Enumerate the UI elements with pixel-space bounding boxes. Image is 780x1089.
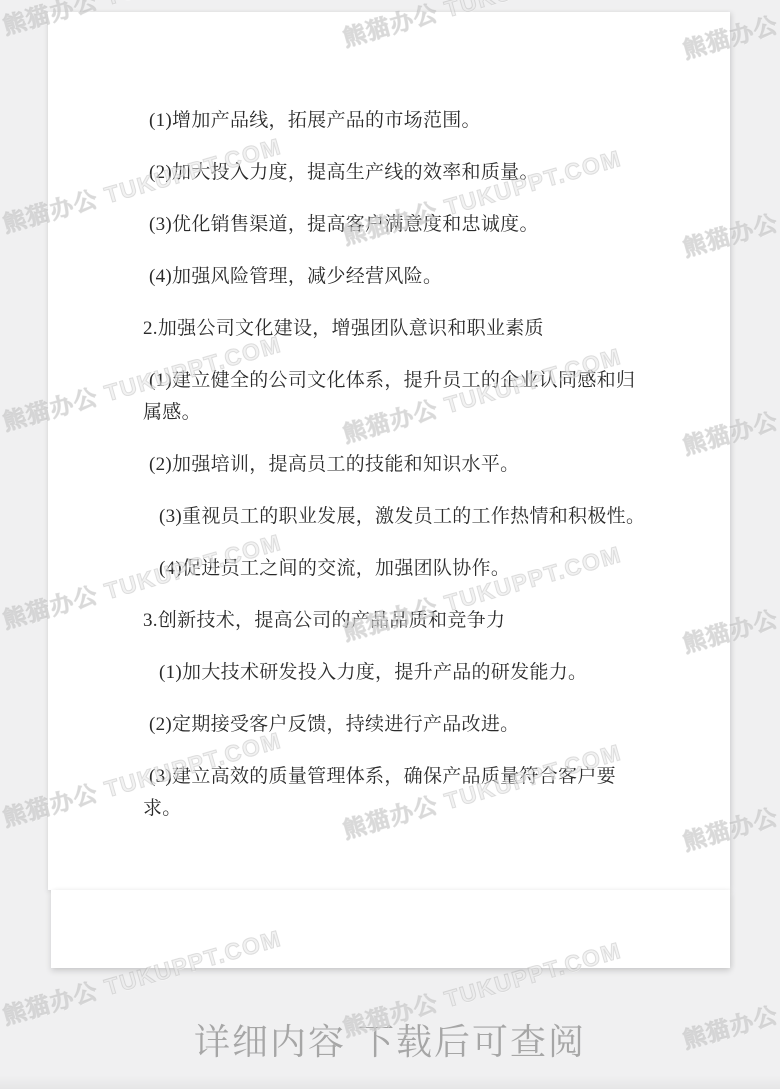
doc-paragraph: (3)优化销售渠道，提高客户满意度和忠诚度。	[143, 209, 646, 241]
doc-paragraph: (1)建立健全的公司文化体系，提升员工的企业认同感和归属感。	[143, 365, 646, 429]
doc-paragraph: (4)加强风险管理，减少经营风险。	[143, 261, 646, 293]
doc-paragraph: (3)建立高效的质量管理体系，确保产品质量符合客户要求。	[143, 761, 646, 825]
footer-caption: 详细内容 下载后可查阅	[0, 1022, 780, 1062]
doc-paragraph: (2)加强培训，提高员工的技能和知识水平。	[143, 449, 646, 481]
document-page-1: (1)增加产品线，拓展产品的市场范围。 (2)加大投入力度，提高生产线的效率和质…	[48, 12, 730, 890]
doc-paragraph: (2)加大投入力度，提高生产线的效率和质量。	[143, 157, 646, 189]
document-page-2	[51, 890, 730, 968]
doc-paragraph: (3)重视员工的职业发展，激发员工的工作热情和积极性。	[143, 501, 646, 533]
doc-paragraph: (4)促进员工之间的交流，加强团队协作。	[143, 553, 646, 585]
doc-paragraph: (2)定期接受客户反馈，持续进行产品改进。	[143, 709, 646, 741]
doc-paragraph: (1)加大技术研发投入力度，提升产品的研发能力。	[143, 657, 646, 689]
document-content: (1)增加产品线，拓展产品的市场范围。 (2)加大投入力度，提高生产线的效率和质…	[48, 12, 730, 825]
doc-heading: 3.创新技术，提高公司的产品品质和竞争力	[143, 605, 646, 637]
document-preview-canvas: (1)增加产品线，拓展产品的市场范围。 (2)加大投入力度，提高生产线的效率和质…	[0, 0, 780, 1089]
doc-heading: 2.加强公司文化建设，增强团队意识和职业素质	[143, 313, 646, 345]
doc-paragraph: (1)增加产品线，拓展产品的市场范围。	[143, 105, 646, 137]
